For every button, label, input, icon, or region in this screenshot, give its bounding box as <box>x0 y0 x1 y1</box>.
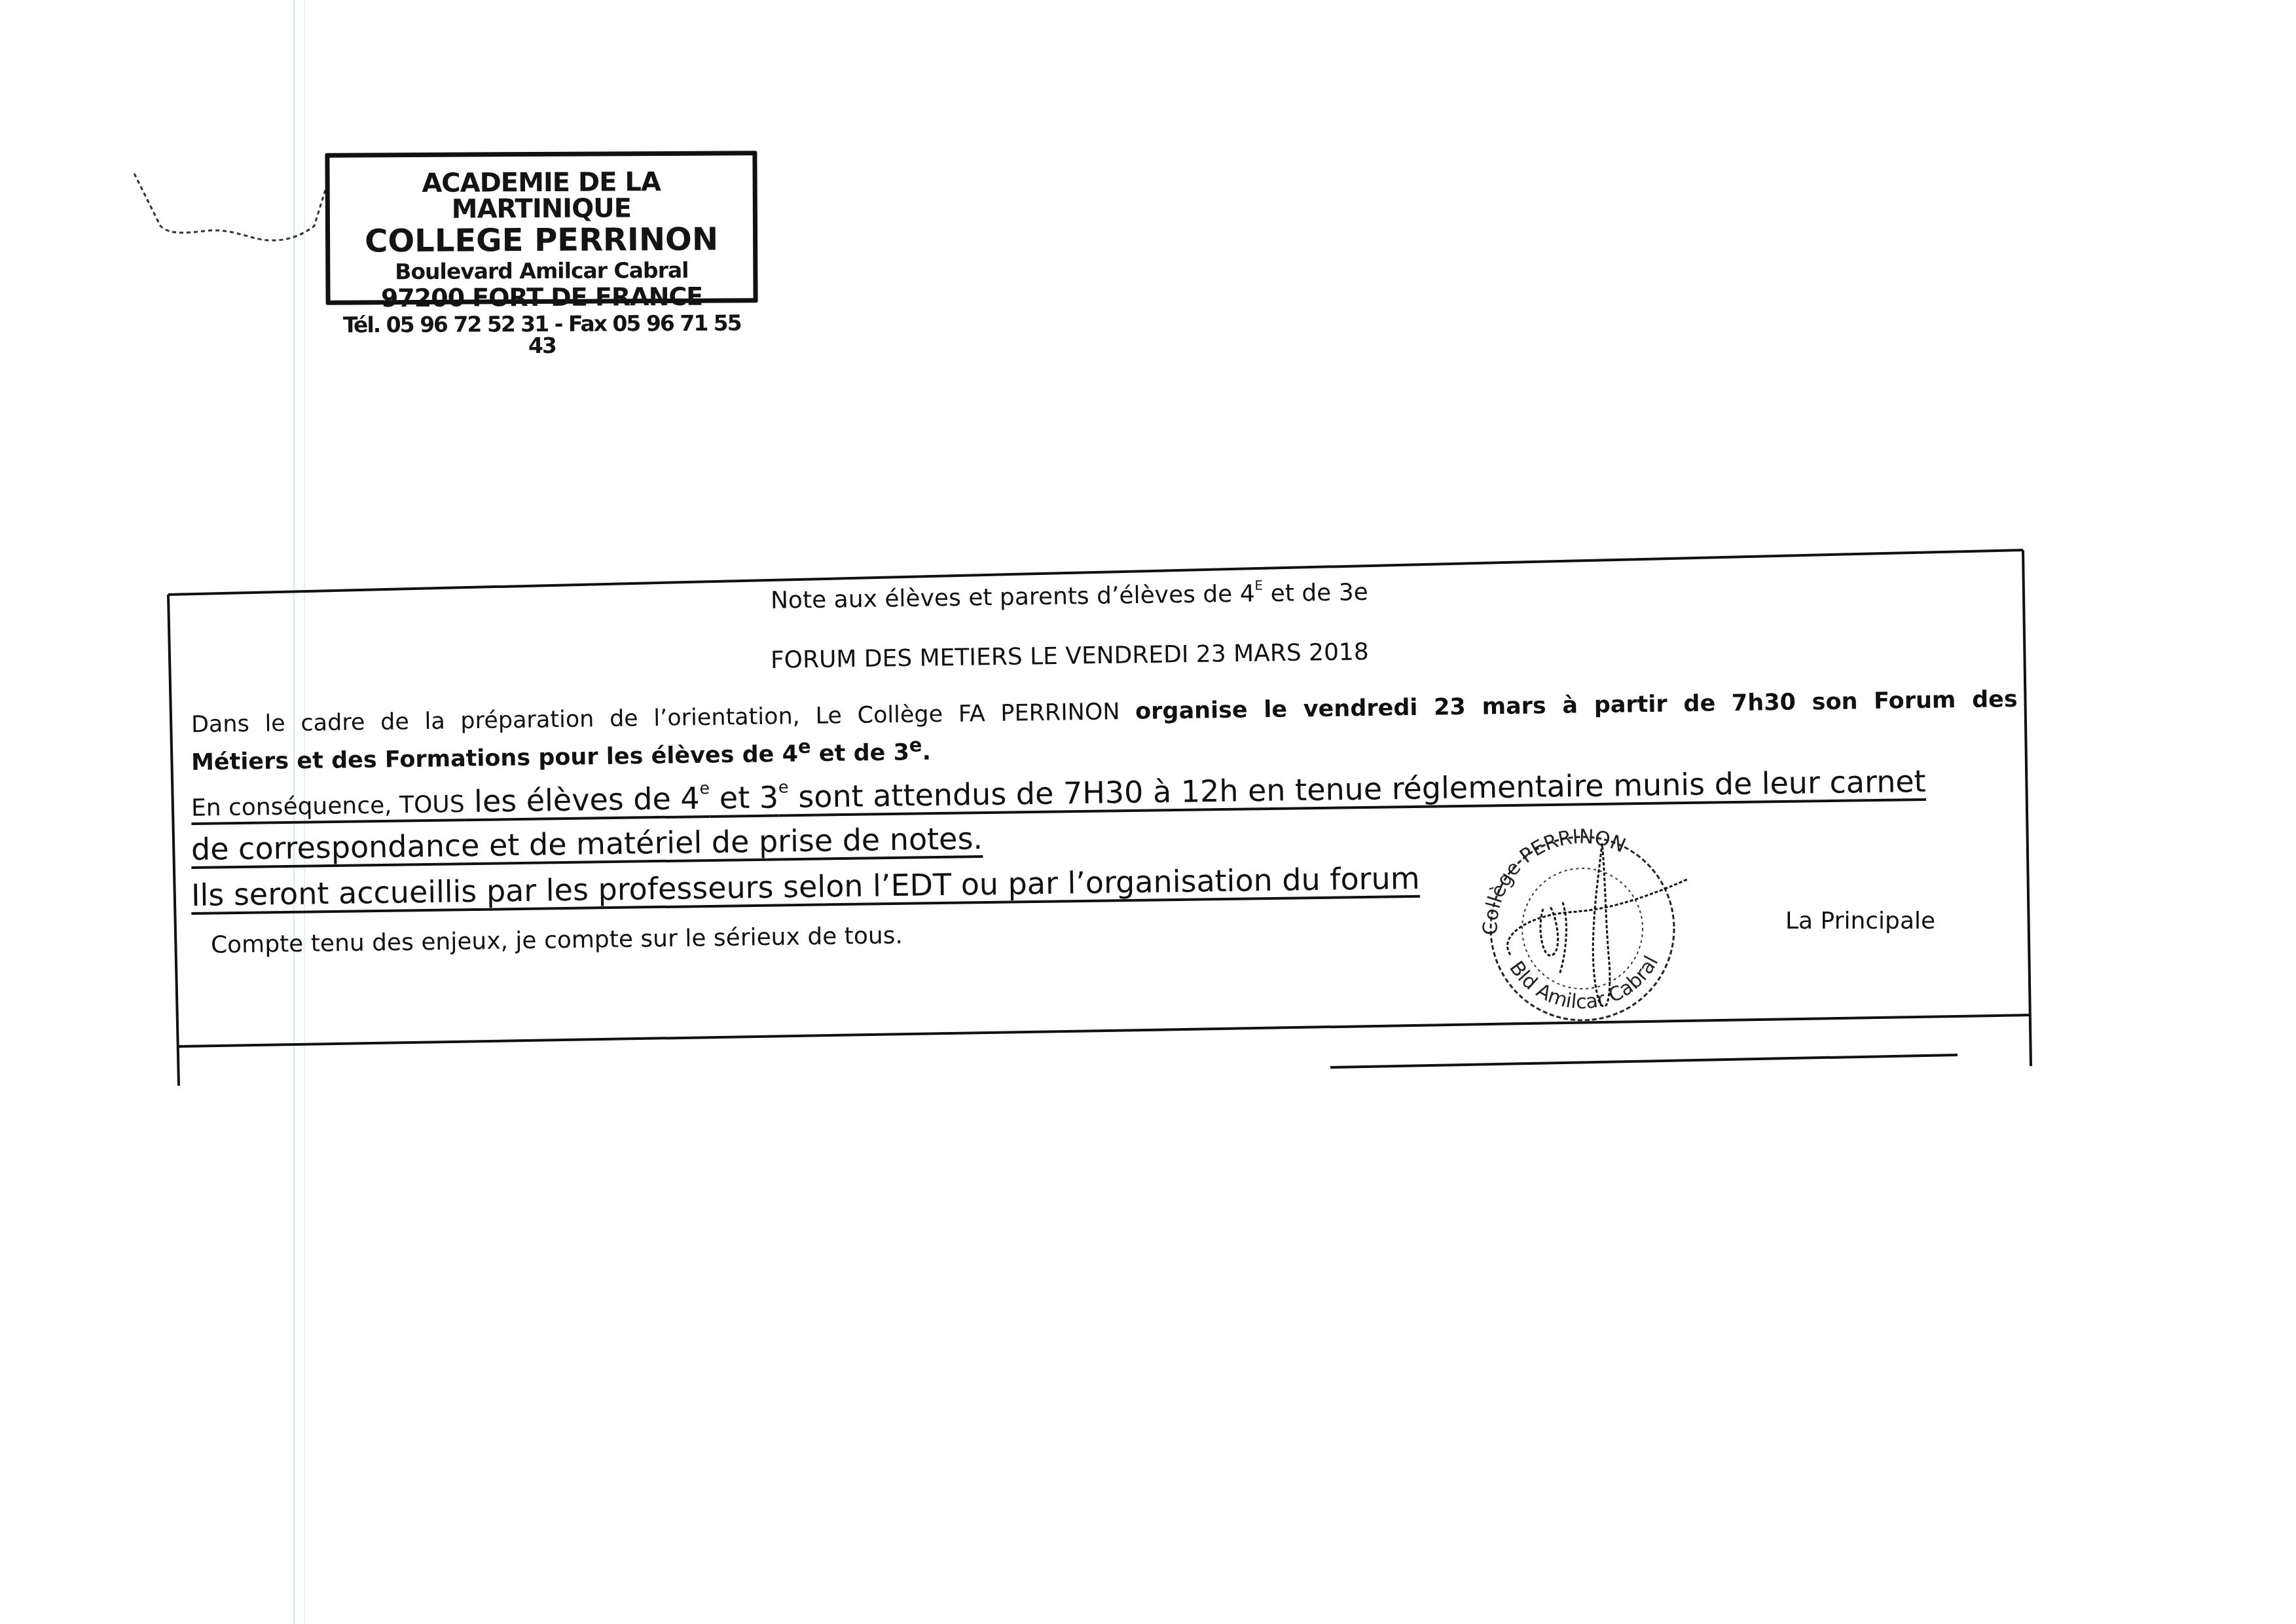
seal-bottom-text: Bld Amilcar Cabral <box>1504 952 1663 1014</box>
signature-label: La Principale <box>1785 908 1935 934</box>
intro-bold-text: organise le vendredi 23 mars à partir de… <box>1135 686 2018 725</box>
attendance-prefix: En conséquence, TOUS <box>191 791 465 822</box>
svg-text:Bld Amilcar Cabral: Bld Amilcar Cabral <box>1504 952 1663 1014</box>
stamp-academy: ACADEMIE DE LA MARTINIQUE <box>330 168 753 223</box>
official-seal: Collège PERRINON Bld Amilcar Cabral <box>1471 824 1707 1033</box>
note-title-sup: E <box>1254 578 1263 593</box>
note-box-border <box>168 549 2041 1092</box>
pen-scribble <box>131 170 340 249</box>
stamp-phone-fax: Tél. 05 96 72 52 31 - Fax 05 96 71 55 43 <box>331 312 754 357</box>
stamp-street: Boulevard Amilcar Cabral <box>330 259 753 282</box>
intro-regular-text: Dans le cadre de la préparation de l’ori… <box>191 699 1136 738</box>
stamp-school-name: COLLEGE PERRINON <box>330 223 753 257</box>
para2-sup: e <box>798 735 811 758</box>
para2-sup: e <box>909 733 922 756</box>
attendance-sup: e <box>699 779 710 798</box>
note-box: Note aux élèves et parents d’élèves de 4… <box>168 549 2041 1086</box>
attendance-b: et 3 <box>710 779 779 815</box>
school-stamp: ACADEMIE DE LA MARTINIQUE COLLEGE PERRIN… <box>325 151 757 304</box>
para2-end: . <box>922 739 931 766</box>
attendance-sup: e <box>778 777 789 796</box>
attendance-a: les élèves de 4 <box>464 781 700 819</box>
para2-mid: et de 3 <box>811 739 909 767</box>
note-title-suffix: et de 3e <box>1263 579 1368 607</box>
stamp-city: 97200 FORT DE FRANCE <box>330 284 753 310</box>
